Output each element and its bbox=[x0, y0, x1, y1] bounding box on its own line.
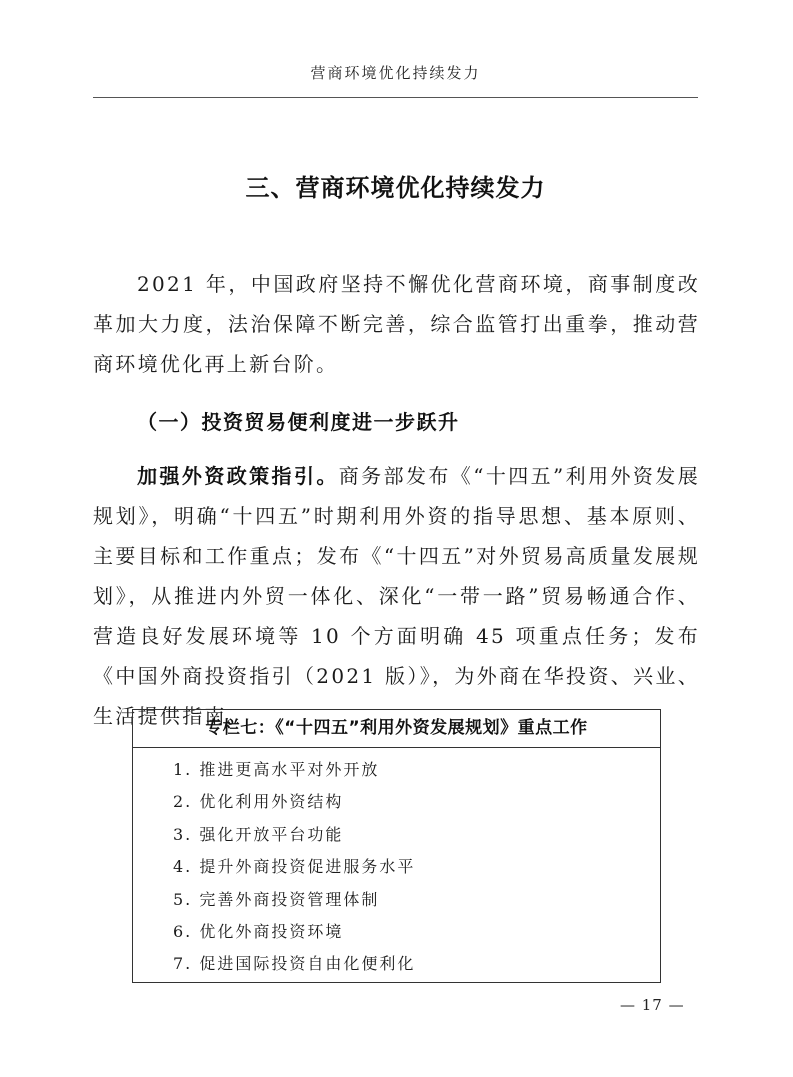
sidebar-box-list: 1. 推进更高水平对外开放 2. 优化利用外资结构 3. 强化开放平台功能 4.… bbox=[133, 748, 660, 981]
section-heading: （一）投资贸易便利度进一步跃升 bbox=[137, 406, 460, 435]
intro-paragraph: 2021 年，中国政府坚持不懈优化营商环境，商事制度改革加大力度，法治保障不断完… bbox=[93, 264, 700, 384]
header-rule bbox=[93, 97, 698, 98]
list-item: 2. 优化利用外资结构 bbox=[173, 786, 660, 818]
sidebar-box-title: 专栏七：《“十四五”利用外资发展规划》重点工作 bbox=[133, 710, 660, 748]
policy-paragraph: 加强外资政策指引。商务部发布《“十四五”利用外资发展规划》，明确“十四五”时期利… bbox=[93, 456, 700, 736]
list-item: 1. 推进更高水平对外开放 bbox=[173, 754, 660, 786]
list-item: 3. 强化开放平台功能 bbox=[173, 819, 660, 851]
chapter-title: 三、营商环境优化持续发力 bbox=[93, 168, 698, 203]
page-number: — 17 — bbox=[620, 996, 685, 1014]
paragraph-lead-bold: 加强外资政策指引。 bbox=[137, 464, 339, 488]
list-item: 7. 促进国际投资自由化便利化 bbox=[173, 948, 660, 980]
running-header: 营商环境优化持续发力 bbox=[93, 62, 698, 83]
list-item: 5. 完善外商投资管理体制 bbox=[173, 884, 660, 916]
policy-paragraph-text: 商务部发布《“十四五”利用外资发展规划》，明确“十四五”时期利用外资的指导思想、… bbox=[93, 464, 700, 728]
list-item: 6. 优化外商投资环境 bbox=[173, 916, 660, 948]
list-item: 4. 提升外商投资促进服务水平 bbox=[173, 851, 660, 883]
intro-paragraph-text: 2021 年，中国政府坚持不懈优化营商环境，商事制度改革加大力度，法治保障不断完… bbox=[93, 272, 700, 376]
sidebar-box: 专栏七：《“十四五”利用外资发展规划》重点工作 1. 推进更高水平对外开放 2.… bbox=[132, 709, 661, 983]
